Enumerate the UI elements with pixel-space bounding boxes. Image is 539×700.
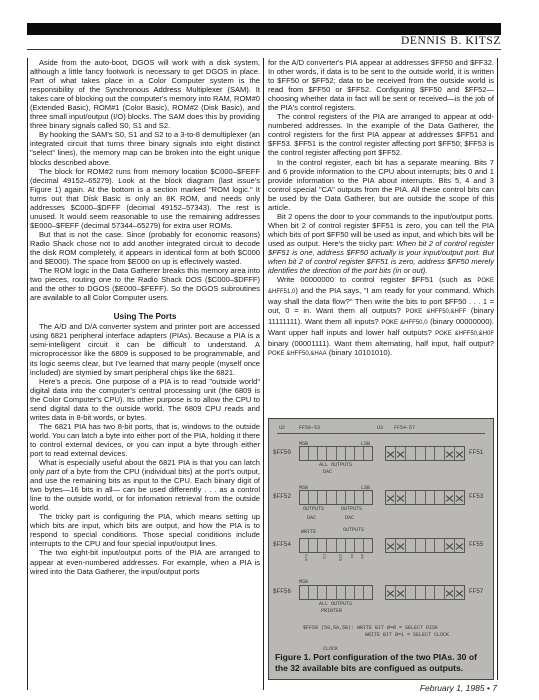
text-run: of a byte from the CPU (individual bits)…: [30, 467, 260, 512]
paragraph: Bit 2 opens the door to your commands to…: [268, 212, 494, 275]
code-text: POKE &HFF50,0: [381, 320, 427, 326]
bit-label: STR: [337, 554, 341, 584]
figure-caption: Figure 1. Port configuration of the two …: [275, 652, 487, 673]
printer-label: PRINTER: [321, 608, 342, 614]
paragraph: for the A/D converter's PIA appear at ad…: [268, 58, 494, 112]
figure-pia-diagram: U2 FF50-53 U3 FF54-57 MSB LSB $FF50 FF51…: [268, 418, 494, 680]
paragraph: The control registers of the PIA are arr…: [268, 112, 494, 157]
all-outputs-label: ALL OUTPUTS: [319, 462, 352, 468]
port-bits-box: [299, 446, 373, 461]
dac-label: DAC: [323, 469, 332, 475]
dac-label: DAC: [345, 515, 354, 521]
page-footer: February 1, 1985 • 7: [420, 683, 497, 693]
paragraph: The 6821 PIA has two 8-bit ports, that i…: [30, 422, 260, 458]
chip-label-u2: U2: [279, 425, 285, 431]
paragraph: The two eight-bit input/output ports of …: [30, 548, 260, 575]
control-bits-box: [385, 538, 465, 553]
author-name: DENNIS B. KITSZ: [401, 35, 501, 47]
paragraph: Aside from the auto-boot, DGOS will work…: [30, 58, 260, 130]
paragraph: In the control register, each bit has a …: [268, 158, 494, 212]
italic-text: part: [46, 467, 59, 476]
chip-label-u3: U3: [377, 425, 383, 431]
text-run: (binary 10101010).: [327, 348, 392, 357]
text-run: Write 00000000 to control register $FF51…: [277, 275, 477, 284]
control-bits-box: [385, 490, 465, 505]
right-column-rule: [497, 58, 498, 680]
register-label: $FF56: [273, 588, 291, 595]
paragraph: By hooking the SAM's S0, S1 and S2 to a …: [30, 130, 260, 166]
port-bits-box: [299, 585, 373, 600]
control-register-label: FF57: [469, 588, 483, 595]
paragraph: The tricky part is configuring the PIA, …: [30, 512, 260, 548]
paragraph: The A/D and D/A converter system and pri…: [30, 322, 260, 376]
paragraph: Here's a precis. One purpose of a PIA is…: [30, 377, 260, 422]
outputs-label: OUTPUTS: [343, 527, 364, 533]
port-bits-box: [299, 538, 373, 553]
all-outputs-label: ALL OUTPUTS: [319, 601, 352, 607]
bit-label: A0: [359, 554, 363, 584]
paragraph: The ROM logic in the Data Gatherer break…: [30, 266, 260, 302]
outputs-label: OUTPUTS: [303, 506, 324, 512]
control-register-label: FF53: [469, 493, 483, 500]
header-rule: [27, 49, 501, 50]
write-label: WRITE: [301, 529, 316, 535]
code-text: POKE &HFF50,&HAA: [268, 351, 327, 357]
outputs-label: OUTPUTS: [341, 506, 362, 512]
control-bits-box: [385, 446, 465, 461]
section-heading: Using The Ports: [30, 312, 260, 321]
paragraph: Write 00000000 to control register $FF51…: [268, 275, 494, 359]
chip-range-u2: FF50-53: [299, 425, 320, 431]
select-line-2: WRITE BIT Ø=1 = SELECT CLOCK: [365, 632, 449, 638]
port-bits-box: [299, 490, 373, 505]
bit-label: A1: [349, 554, 353, 584]
left-column-rule: [27, 58, 28, 690]
register-label: $FF54: [273, 541, 291, 548]
select-line-1: $FF58 (59,5A,5B): WRITE BIT Ø=Ø = SELECT…: [303, 625, 438, 631]
chip-range-u3: FF54-57: [394, 425, 415, 431]
text-run: binary (00001111). Want them alternating…: [268, 339, 494, 348]
bit-label: CS: [321, 554, 325, 584]
code-text: POKE &HFF50,&H0F: [435, 331, 494, 337]
register-label: $FF52: [273, 493, 291, 500]
dac-label: DAC: [307, 515, 316, 521]
paragraph: The block for ROM#2 runs from memory loc…: [30, 167, 260, 230]
paragraph: But that is not the case. Since (probabl…: [30, 230, 260, 266]
figure-header-rule: [277, 433, 485, 434]
left-column: Aside from the auto-boot, DGOS will work…: [30, 58, 260, 576]
paragraph: What is especially useful about the 6821…: [30, 458, 260, 512]
center-column-rule: [263, 58, 264, 690]
control-register-label: FF55: [469, 541, 483, 548]
control-bits-box: [385, 585, 465, 600]
code-text: POKE &HFF50,&HFF: [406, 309, 467, 315]
register-label: $FF50: [273, 449, 291, 456]
right-column: for the A/D converter's PIA appear at ad…: [268, 58, 494, 360]
header-bar: [27, 23, 501, 35]
control-register-label: FF51: [469, 449, 483, 456]
